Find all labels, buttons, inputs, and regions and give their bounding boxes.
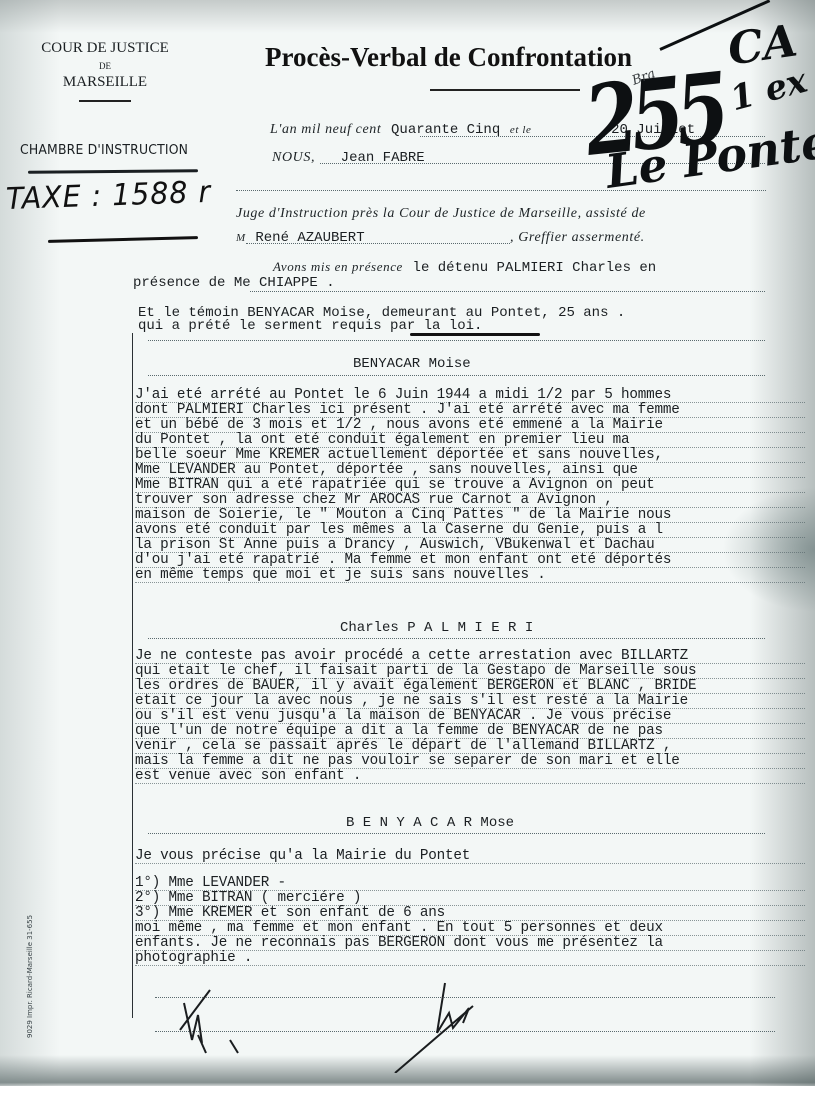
testimony-line: enfants. Je ne reconnais pas BERGERON do… bbox=[135, 936, 805, 951]
presence-label: Avons mis en présence bbox=[273, 259, 403, 274]
testimony-line: Mme BITRAN qui a eté rapatriée qui se tr… bbox=[135, 478, 805, 493]
testimony-line: 2°) Mme BITRAN ( merciére ) bbox=[135, 891, 805, 906]
court-name-line3: MARSEILLE bbox=[20, 74, 190, 91]
testimony-line: maison de Soierie, le " Mouton a Cinq Pa… bbox=[135, 508, 805, 523]
dotted-rule bbox=[148, 638, 765, 639]
testimony-line: Je ne conteste pas avoir procédé a cette… bbox=[135, 649, 805, 664]
title-underline bbox=[430, 89, 580, 91]
nous-label: NOUS, bbox=[272, 150, 315, 165]
year-label: L'an mil neuf cent bbox=[270, 122, 381, 137]
signature-accused bbox=[385, 978, 495, 1073]
presence-line: Avons mis en présence le détenu PALMIERI… bbox=[273, 258, 656, 276]
testimony-line: et un bébé de 3 mois et 1/2 , nous avons… bbox=[135, 418, 805, 433]
tax-handwritten: TAXE : 1588 r bbox=[5, 175, 211, 217]
testimony-line: Je vous précise qu'a la Mairie du Pontet bbox=[135, 849, 805, 864]
clerk-role: , Greffier assermenté. bbox=[510, 230, 645, 245]
testimony-line: d'ou j'ai eté rapatrié . Ma femme et mon… bbox=[135, 553, 805, 568]
scan-border bbox=[0, 1086, 815, 1099]
testimony-line: Mme LEVANDER au Pontet, déportée , sans … bbox=[135, 463, 805, 478]
testimony-line: belle soeur Mme KREMER actuellement dépo… bbox=[135, 448, 805, 463]
judge-role-line: Juge d'Instruction près la Cour de Justi… bbox=[236, 204, 646, 222]
testimony-benyacar-2: Je vous précise qu'a la Mairie du Pontet… bbox=[135, 849, 805, 966]
testimony-line: etait ce jour la avec nous , je ne sais … bbox=[135, 694, 805, 709]
court-header: COUR DE JUSTICE DE MARSEILLE bbox=[20, 40, 190, 102]
testimony-line: trouver son adresse chez Mr AROCAS rue C… bbox=[135, 493, 805, 508]
testimony-line: est venue avec son enfant . bbox=[135, 769, 805, 784]
dotted-rule bbox=[246, 243, 510, 244]
testimony-line: moi même , ma femme et mon enfant . En t… bbox=[135, 921, 805, 936]
section-heading-benyacar-2: B E N Y A C A R Mose bbox=[346, 815, 514, 831]
section-heading-palmieri: Charles P A L M I E R I bbox=[340, 620, 533, 636]
presence-line2: présence de Me CHIAPPE . bbox=[133, 275, 335, 291]
testimony-line: J'ai eté arrété au Pontet le 6 Juin 1944… bbox=[135, 388, 805, 403]
dotted-rule bbox=[148, 833, 765, 834]
testimony-line: du Pontet , la ont eté conduit également… bbox=[135, 433, 805, 448]
testimony-line: mais la femme a dit ne pas vouloir se se… bbox=[135, 754, 805, 769]
chamber-label: CHAMBRE D'INSTRUCTION bbox=[20, 142, 188, 158]
signature-witness bbox=[170, 985, 260, 1055]
court-divider bbox=[79, 100, 131, 102]
testimony-line: photographie . bbox=[135, 951, 805, 966]
testimony-line: ou s'il est venu jusqu'a la maison de BE… bbox=[135, 709, 805, 724]
testimony-line: dont PALMIERI Charles ici présent . J'ai… bbox=[135, 403, 805, 418]
testimony-benyacar: J'ai eté arrété au Pontet le 6 Juin 1944… bbox=[135, 388, 805, 583]
dotted-rule bbox=[250, 291, 765, 292]
testimony-line: en même temps que moi et je suis sans no… bbox=[135, 568, 805, 583]
dotted-rule bbox=[148, 375, 765, 376]
ink-underline bbox=[410, 333, 540, 336]
presence-value: le détenu PALMIERI Charles en bbox=[413, 260, 657, 276]
margin-rule bbox=[132, 333, 133, 1018]
printer-mark: 9029 Impr. Ricard-Marseille 31-655 bbox=[26, 915, 34, 1038]
testimony-line: venir , cela se passait aprés le départ … bbox=[135, 739, 805, 754]
testimony-line: 3°) Mme KREMER et son enfant de 6 ans bbox=[135, 906, 805, 921]
testimony-line: que l'un de notre équipe a dit a la femm… bbox=[135, 724, 805, 739]
judge-role: Juge d'Instruction près la Cour de Justi… bbox=[236, 206, 646, 221]
dotted-rule bbox=[236, 190, 766, 191]
court-name-line2: DE bbox=[20, 61, 190, 71]
testimony-palmieri: Je ne conteste pas avoir procédé a cette… bbox=[135, 649, 805, 784]
document-title: Procès-Verbal de Confrontation bbox=[265, 42, 632, 73]
section-heading-benyacar: BENYACAR Moise bbox=[353, 356, 471, 372]
date-label: et le bbox=[510, 124, 532, 136]
witness-intro-line2: qui a prété le serment requis par la loi… bbox=[138, 318, 482, 334]
dotted-rule bbox=[148, 340, 765, 341]
testimony-line: 1°) Mme LEVANDER - bbox=[135, 876, 805, 891]
clerk-role-line: , Greffier assermenté. bbox=[510, 228, 645, 246]
testimony-line: avons eté conduit par les mêmes a la Cas… bbox=[135, 523, 805, 538]
testimony-line: la prison St Anne puis a Drancy , Auswic… bbox=[135, 538, 805, 553]
testimony-line: qui etait le chef, il faisait parti de l… bbox=[135, 664, 805, 679]
court-name-line1: COUR DE JUSTICE bbox=[20, 40, 190, 57]
testimony-line: les ordres de BAUER, il y avait égalemen… bbox=[135, 679, 805, 694]
clerk-prefix: M bbox=[236, 232, 246, 244]
